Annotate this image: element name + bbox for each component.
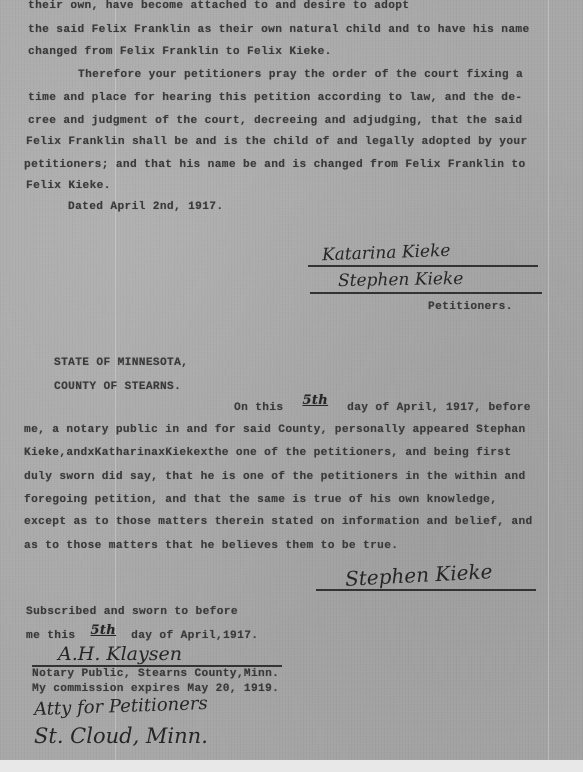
handwritten-attorney-note: Atty for Petitioners bbox=[34, 693, 208, 720]
signature-line bbox=[32, 665, 282, 667]
petitioner-signature: Katarina Kieke bbox=[322, 241, 451, 265]
petition-line: cree and judgment of the court, decreein… bbox=[28, 115, 522, 127]
petition-line: the said Felix Franklin as their own nat… bbox=[28, 24, 530, 36]
venue-state: STATE OF MINNESOTA, bbox=[54, 357, 188, 369]
handwritten-city-note: St. Cloud, Minn. bbox=[34, 724, 208, 748]
jurat-prefix: me this bbox=[26, 630, 75, 642]
affidavit-line: foregoing petition, and that the same is… bbox=[24, 494, 497, 506]
scanned-document-page: their own, have become attached to and d… bbox=[0, 0, 583, 772]
affidavit-line: me, a notary public in and for said Coun… bbox=[24, 424, 526, 436]
affidavit-intro: On this 5th day of April, 1917, before bbox=[234, 399, 531, 414]
petition-line: Therefore your petitioners pray the orde… bbox=[78, 69, 523, 81]
petitioner-signature: Stephen Kieke bbox=[338, 269, 464, 291]
notary-commission: My commission expires May 20, 1919. bbox=[32, 683, 279, 695]
fold-line bbox=[548, 0, 549, 772]
affiant-signature: Stephen Kieke bbox=[344, 559, 493, 591]
jurat-line: me this 5th day of April,1917. bbox=[26, 627, 258, 642]
petition-line: petitioners; and that his name be and is… bbox=[24, 159, 526, 171]
petition-line: Felix Kieke. bbox=[26, 180, 111, 192]
notary-title: Notary Public, Stearns County,Minn. bbox=[32, 668, 279, 680]
petitioners-label: Petitioners. bbox=[428, 301, 513, 313]
handwritten-day: 5th bbox=[303, 393, 329, 408]
petition-line: Felix Franklin shall be and is the child… bbox=[26, 136, 528, 148]
affidavit-intro-suffix: day of April, 1917, before bbox=[347, 402, 531, 414]
notary-signature: A.H. Klaysen bbox=[58, 643, 182, 665]
petition-line: time and place for hearing this petition… bbox=[28, 92, 522, 104]
affidavit-line: Kieke,andxKatharinaxKiekexthe one of the… bbox=[24, 447, 511, 459]
signature-line bbox=[310, 292, 542, 294]
signature-line bbox=[316, 589, 536, 591]
handwritten-day: 5th bbox=[91, 623, 117, 638]
affidavit-line: as to those matters that he believes the… bbox=[24, 540, 398, 552]
page-bottom-edge bbox=[0, 760, 583, 772]
jurat-suffix: day of April,1917. bbox=[131, 630, 258, 642]
jurat-line: Subscribed and sworn to before bbox=[26, 606, 238, 618]
affidavit-intro-prefix: On this bbox=[234, 402, 283, 414]
petition-line: changed from Felix Franklin to Felix Kie… bbox=[28, 46, 332, 58]
signature-line bbox=[308, 265, 538, 267]
venue-county: COUNTY OF STEARNS. bbox=[54, 381, 181, 393]
affidavit-line: except as to those matters therein state… bbox=[24, 516, 533, 528]
petition-line: their own, have become attached to and d… bbox=[28, 0, 409, 12]
dated-line: Dated April 2nd, 1917. bbox=[68, 201, 223, 213]
affidavit-line: duly sworn did say, that he is one of th… bbox=[24, 471, 526, 483]
